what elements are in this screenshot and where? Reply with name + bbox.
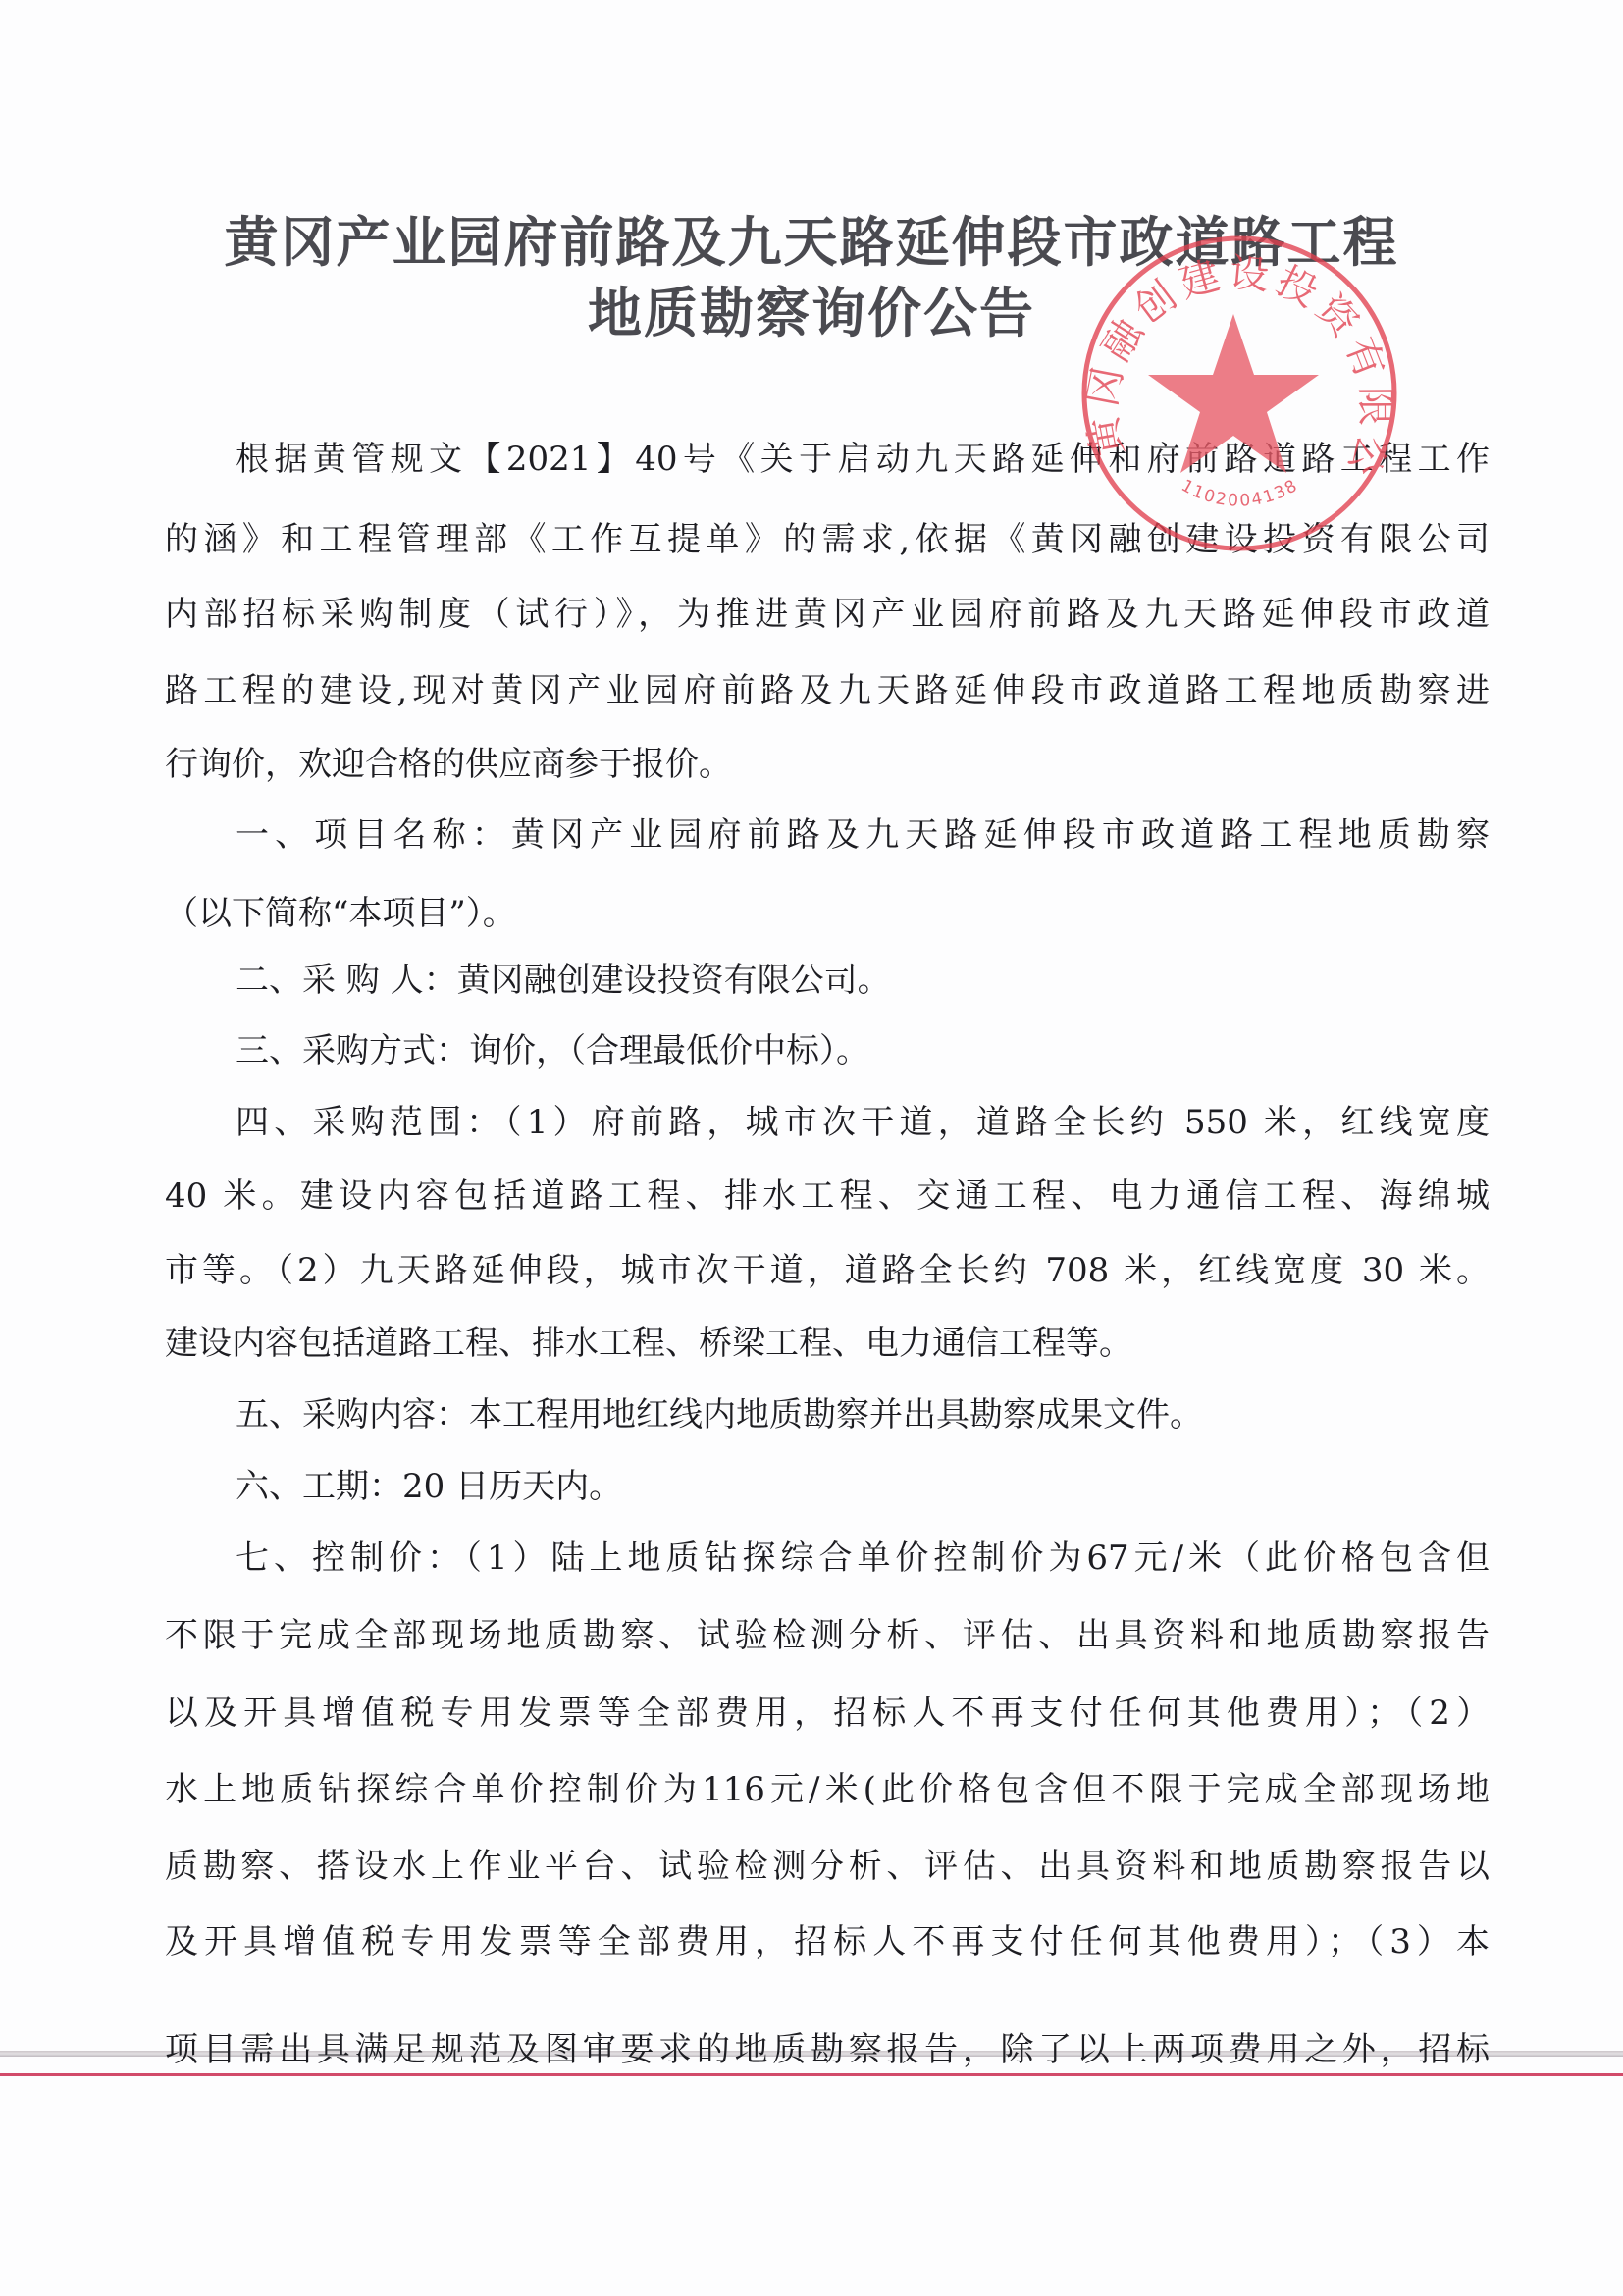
item-purchase-method: 三、采购方式：询价，（合理最低价中标）。 bbox=[236, 1020, 1490, 1081]
body-line: 及开具增值税专用发票等全部费用，招标人不再支付任何其他费用）；（3）本 bbox=[165, 1911, 1490, 1972]
body-line: 40 米。建设内容包括道路工程、排水工程、交通工程、电力通信工程、海绵城 bbox=[165, 1166, 1490, 1226]
company-seal-stamp: 黄冈融创建设投资有限公司 1102004138 bbox=[1077, 232, 1401, 555]
body-line: 内部招标采购制度（试行）》，为推进黄冈产业园府前路及九天路延伸段市政道 bbox=[165, 584, 1490, 645]
body-line: 建设内容包括道路工程、排水工程、桥梁工程、电力通信工程等。 bbox=[165, 1313, 1490, 1374]
item-purchase-scope: 四、采购范围：（1）府前路，城市次干道，道路全长约 550 米，红线宽度 bbox=[236, 1092, 1490, 1153]
body-line: 行询价，欢迎合格的供应商参于报价。 bbox=[165, 734, 1490, 795]
svg-text:1102004138: 1102004138 bbox=[1178, 475, 1302, 510]
item-control-price: 七、控制价：（1）陆上地质钻探综合单价控制价为67元/米（此价格包含但 bbox=[236, 1528, 1490, 1589]
item-purchaser: 二、采 购 人：黄冈融创建设投资有限公司。 bbox=[236, 950, 1490, 1011]
item-purchase-content: 五、采购内容：本工程用地红线内地质勘察并出具勘察成果文件。 bbox=[236, 1384, 1490, 1445]
body-line: 项目需出具满足规范及图审要求的地质勘察报告，除了以上两项费用之外，招标 bbox=[165, 2019, 1490, 2080]
body-line: 以及开具增值税专用发票等全部费用，招标人不再支付任何其他费用）；（2） bbox=[165, 1683, 1490, 1744]
item-project-name: 一、项目名称：黄冈产业园府前路及九天路延伸段市政道路工程地质勘察 bbox=[236, 805, 1490, 865]
body-line: 水上地质钻探综合单价控制价为116元/米(此价格包含但不限于完成全部现场地 bbox=[165, 1759, 1490, 1820]
body-line: 市等。（2）九天路延伸段，城市次干道，道路全长约 708 米，红线宽度 30 米… bbox=[165, 1240, 1490, 1301]
body-line: 路工程的建设,现对黄冈产业园府前路及九天路延伸段市政道路工程地质勘察进 bbox=[165, 660, 1490, 721]
star-icon bbox=[1148, 314, 1319, 473]
red-rule-line bbox=[0, 2073, 1623, 2076]
body-line: （以下简称“本项目”）。 bbox=[165, 883, 1490, 944]
item-duration: 六、工期：20 日历天内。 bbox=[236, 1456, 1490, 1517]
body-line: 质勘察、搭设水上作业平台、试验检测分析、评估、出具资料和地质勘察报告以 bbox=[165, 1836, 1490, 1897]
body-line: 不限于完成全部现场地质勘察、试验检测分析、评估、出具资料和地质勘察报告 bbox=[165, 1605, 1490, 1666]
document-page: 黄冈产业园府前路及九天路延伸段市政道路工程 地质勘察询价公告 根据黄管规文【20… bbox=[0, 0, 1623, 2296]
